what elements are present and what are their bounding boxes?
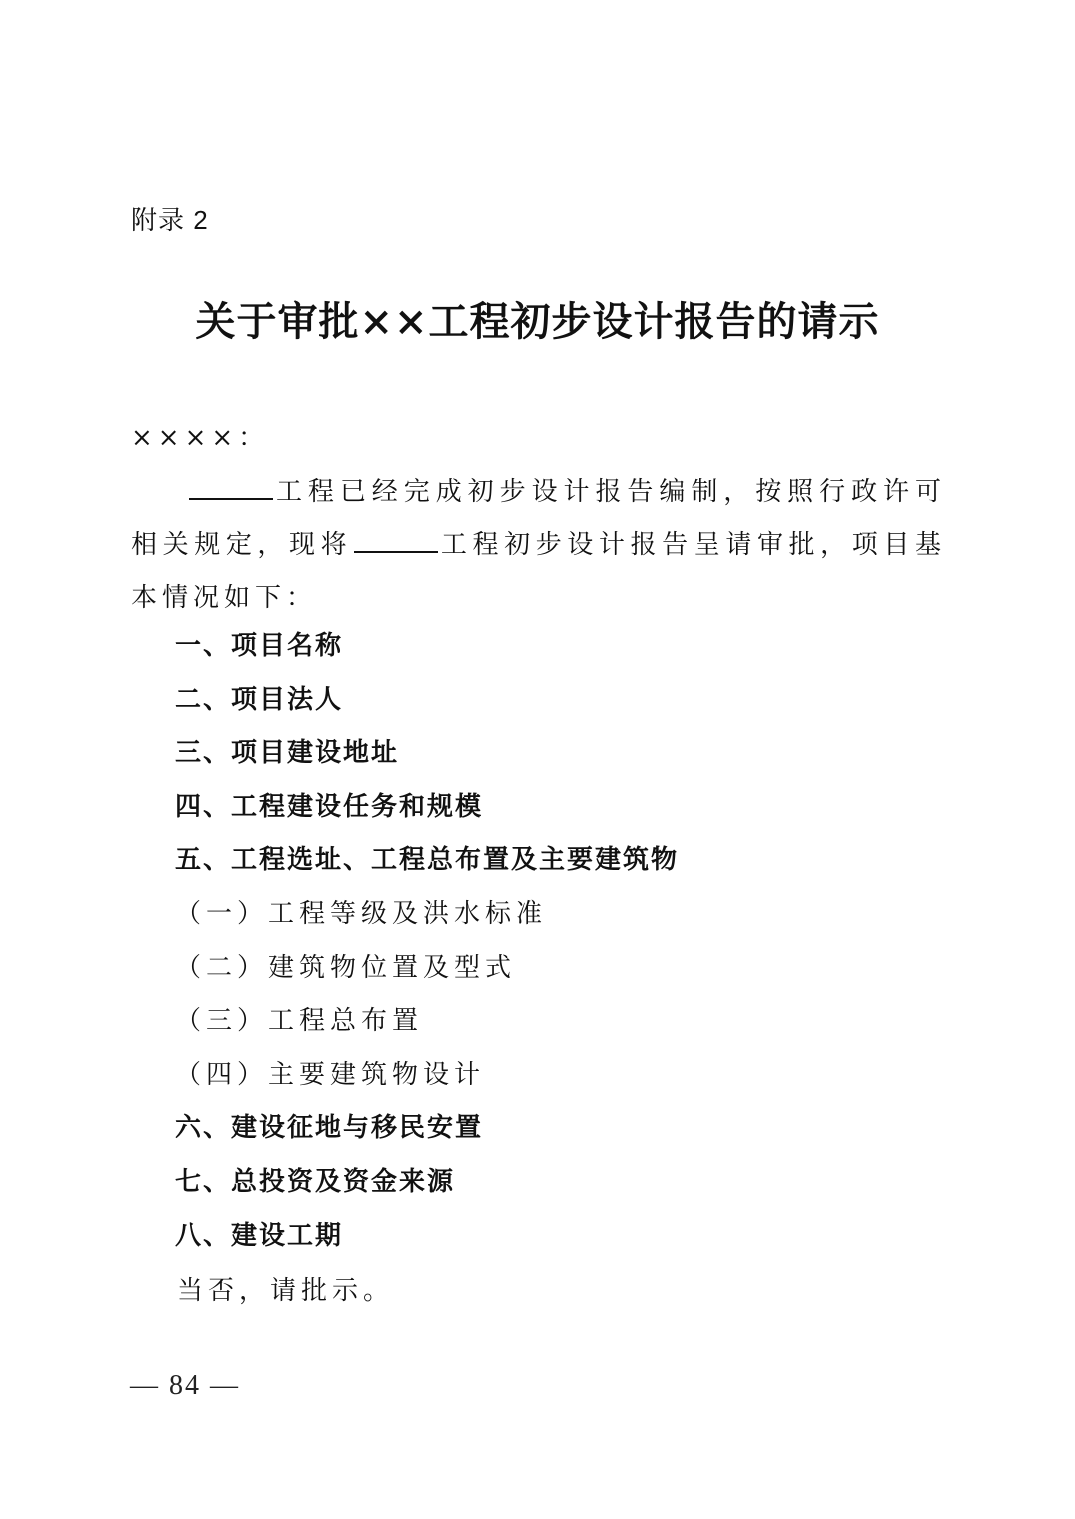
closing-line: 当否，请批示。 bbox=[177, 1266, 394, 1316]
project-name-blank-2 bbox=[354, 521, 438, 553]
appendix-label: 附录 2 bbox=[131, 200, 209, 240]
outline-subitem-5-2: （二）建筑物位置及型式 bbox=[175, 942, 975, 996]
outline-item-3: 三、项目建设地址 bbox=[175, 727, 975, 781]
outline-item-6: 六、建设征地与移民安置 bbox=[175, 1102, 975, 1156]
outline-item-8: 八、建设工期 bbox=[175, 1210, 975, 1264]
outline-item-5: 五、工程选址、工程总布置及主要建筑物 bbox=[175, 834, 975, 888]
document-page: 附录 2 关于审批××工程初步设计报告的请示 ××××： 工程已经完成初步设计报… bbox=[0, 0, 1075, 1519]
outline-item-4: 四、工程建设任务和规模 bbox=[175, 781, 975, 835]
outline-subitem-5-4: （四）主要建筑物设计 bbox=[175, 1049, 975, 1103]
intro-paragraph: 工程已经完成初步设计报告编制，按照行政许可相关规定，现将工程初步设计报告呈请审批… bbox=[131, 466, 946, 625]
outline-subitem-5-1: （一）工程等级及洪水标准 bbox=[175, 888, 975, 942]
outline-item-1: 一、项目名称 bbox=[175, 620, 975, 674]
outline-item-7: 七、总投资及资金来源 bbox=[175, 1156, 975, 1210]
outline-item-2: 二、项目法人 bbox=[175, 674, 975, 728]
salutation: ××××： bbox=[131, 418, 269, 458]
outline-list: 一、项目名称 二、项目法人 三、项目建设地址 四、工程建设任务和规模 五、工程选… bbox=[175, 620, 975, 1263]
page-number: — 84 — bbox=[130, 1366, 240, 1406]
project-name-blank-1 bbox=[189, 468, 273, 500]
outline-subitem-5-3: （三）工程总布置 bbox=[175, 995, 975, 1049]
document-title: 关于审批××工程初步设计报告的请示 bbox=[0, 292, 1075, 352]
